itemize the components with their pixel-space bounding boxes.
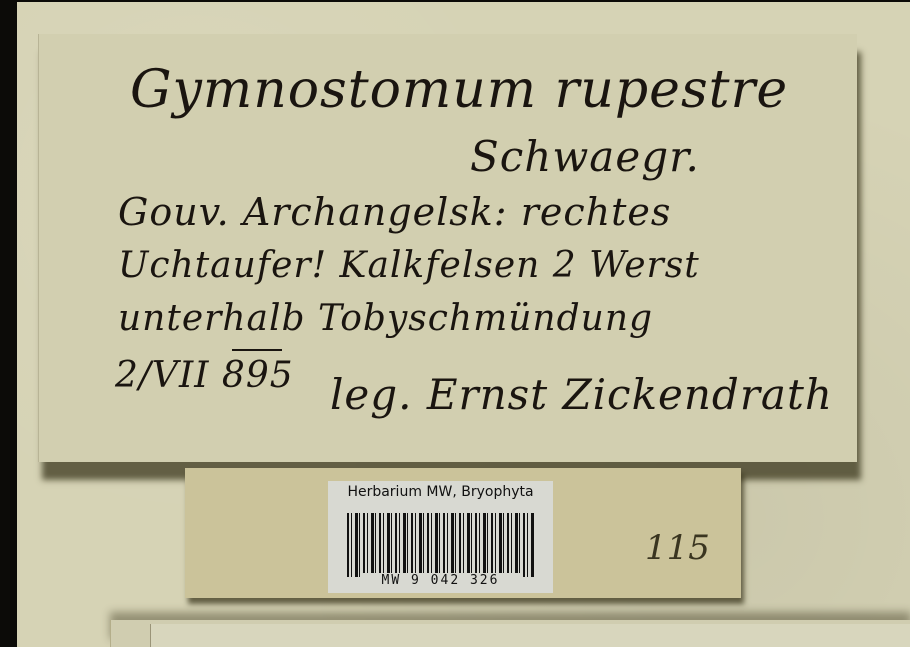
bottom-label-inner-edge [150,624,910,647]
barcode-number: MW 9 042 326 [361,573,521,588]
taxon-name: Gymnostomum rupestre [130,60,788,120]
collection-date: 2/VII 895 [115,355,294,396]
collector-signature: leg. Ernst Zickendrath [330,370,833,419]
locality-line-3: unterhalb Tobyschmündung [118,298,653,339]
locality-line-2: Uchtaufer! Kalkfelsen 2 Werst [118,245,700,286]
barcode-icon [347,513,535,577]
locality-line-1: Gouv. Archangelsk: rechtes [118,190,671,234]
barcode-label: Herbarium MW, Bryophyta MW 9 042 326 [328,481,553,593]
taxon-author: Schwaegr. [470,132,700,181]
institution-name: Herbarium MW, Bryophyta [328,484,553,500]
handwritten-box-number: 115 [645,528,710,568]
date-underline [232,349,282,351]
